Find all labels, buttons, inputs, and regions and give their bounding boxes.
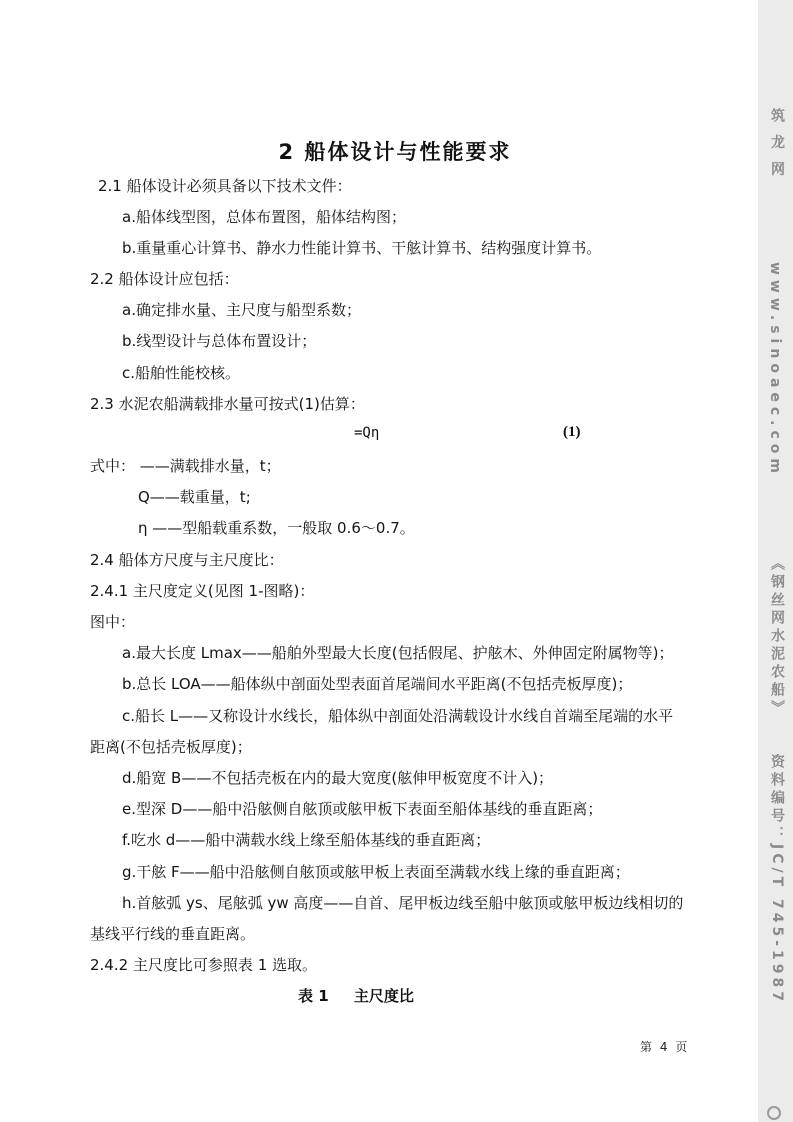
text-line: h.首舷弧 ys、尾舷弧 yw 高度——自首、尾甲板边线至船中舷顶或舷甲板边线相…	[122, 893, 683, 913]
page-title: 2 船体设计与性能要求	[0, 136, 790, 166]
table-caption: 表 1 主尺度比	[298, 985, 434, 1006]
text-line: a.最大长度 Lmax——船舶外型最大长度(包括假尾、护舷木、外伸固定附属物等)…	[122, 643, 673, 663]
text-line: η ——型船载重系数，一般取 0.6～0.7。	[138, 518, 415, 538]
sidebar-url: www.sinoaec.com	[767, 262, 783, 478]
text-line: 2.3 水泥农船满载排水量可按式(1)估算：	[90, 394, 365, 414]
table-title: 主尺度比	[354, 987, 414, 1005]
text-line: b.线型设计与总体布置设计；	[122, 331, 316, 351]
document-page: 2 船体设计与性能要求 2.1 船体设计必须具备以下技术文件：a.船体线型图，总…	[0, 0, 758, 1122]
text-line: 2.4.2 主尺度比可参照表 1 选取。	[90, 955, 317, 975]
page-number: 第 4 页	[640, 1038, 689, 1055]
text-line: Q——载重量，t;	[138, 487, 251, 507]
text-line: 2.4.1 主尺度定义(见图 1-图略)：	[90, 581, 314, 601]
text-line: f.吃水 d——船中满载水线上缘至船体基线的垂直距离；	[122, 830, 490, 850]
text-line: a.船体线型图，总体布置图，船体结构图；	[122, 207, 406, 227]
table-label: 表 1	[298, 987, 329, 1005]
text-line: a.确定排水量、主尺度与船型系数；	[122, 300, 361, 320]
text-line: 2.1 船体设计必须具备以下技术文件：	[98, 176, 352, 196]
equation-formula: =Qη	[354, 425, 379, 441]
text-line: 2.2 船体设计应包括：	[90, 269, 239, 289]
copyright-icon	[767, 1106, 781, 1120]
text-line: g.干舷 F——船中沿舷侧自舷顶或舷甲板上表面至满载水线上缘的垂直距离；	[122, 862, 630, 882]
text-line: b.重量重心计算书、静水力性能计算书、干舷计算书、结构强度计算书。	[122, 238, 601, 258]
text-line: c.船舶性能校核。	[122, 363, 240, 383]
text-line: 基线平行线的垂直距离。	[90, 924, 255, 944]
sidebar-doc-number: 资料编号：JC∕T 745-1987	[767, 754, 787, 1005]
text-line: 2.4 船体方尺度与主尺度比：	[90, 550, 284, 570]
sidebar-book-title: 《钢丝网水泥农船》	[767, 556, 787, 718]
text-line: b.总长 LOA——船体纵中剖面处型表面首尾端间水平距离(不包括壳板厚度)；	[122, 674, 632, 694]
text-line: 距离(不包括壳板厚度)；	[90, 737, 252, 757]
watermark-sidebar: 筑 龙 网 www.sinoaec.com 《钢丝网水泥农船》 资料编号：JC∕…	[758, 0, 793, 1122]
text-line: d.船宽 B——不包括壳板在内的最大宽度(舷伸甲板宽度不计入)；	[122, 768, 553, 788]
text-line: 图中：	[90, 612, 135, 632]
text-line: 式中： ——满载排水量，t；	[90, 456, 281, 476]
text-line: c.船长 L——又称设计水线长，船体纵中剖面处沿满载设计水线自首端至尾端的水平	[122, 706, 673, 726]
equation-number: (1)	[563, 424, 581, 441]
sidebar-site-name: 筑 龙 网	[767, 108, 787, 180]
text-line: e.型深 D——船中沿舷侧自舷顶或舷甲板下表面至船体基线的垂直距离；	[122, 799, 602, 819]
